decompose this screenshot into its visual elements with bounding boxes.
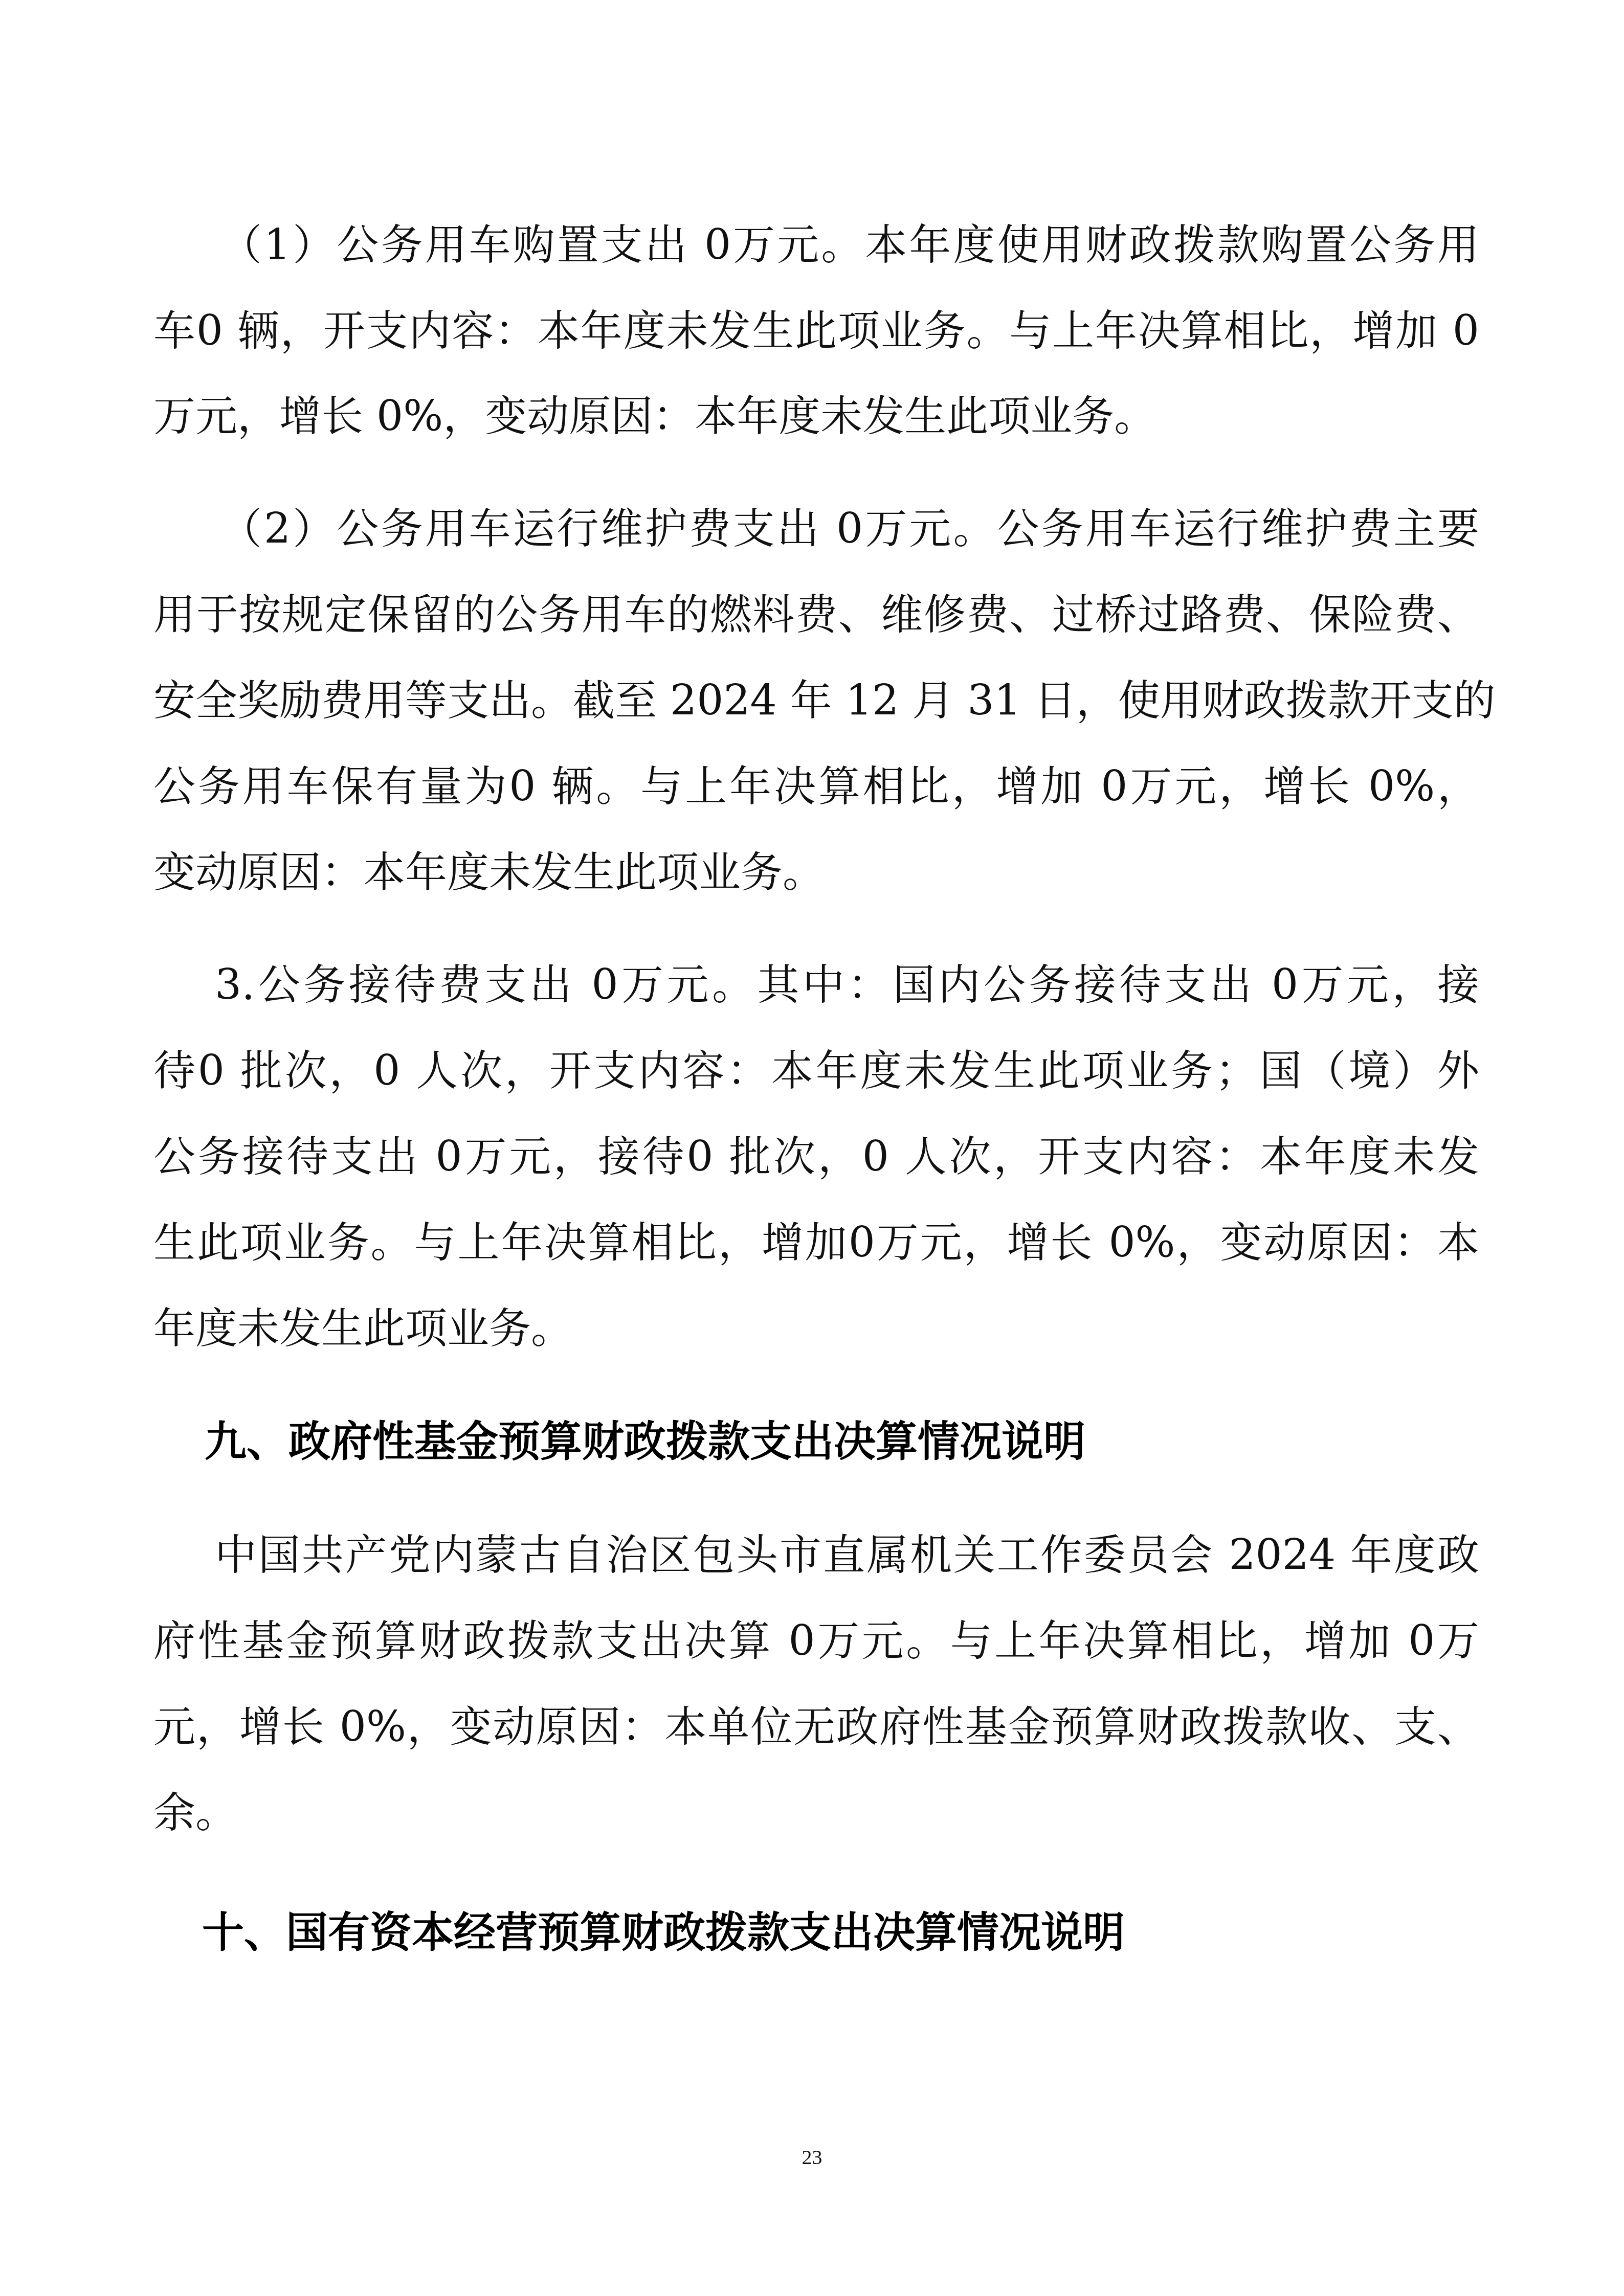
paragraph-1-line-3: 万元，增长 0%，变动原因：本年度未发生此项业务。 bbox=[153, 391, 1479, 442]
paragraph-2-line-4: 公务用车保有量为0 辆。与上年决算相比，增加 0万元，增长 0%， bbox=[153, 761, 1479, 813]
paragraph-2-line-1: （2）公务用车运行维护费支出 0万元。公务用车运行维护费主要 bbox=[220, 504, 1479, 555]
paragraph-3-line-5: 年度未发生此项业务。 bbox=[153, 1303, 1479, 1355]
paragraph-2-line-2: 用于按规定保留的公务用车的燃料费、维修费、过桥过路费、保险费、 bbox=[153, 590, 1479, 641]
paragraph-3-line-2: 待0 批次，0 人次，开支内容：本年度未发生此项业务；国（境）外 bbox=[153, 1046, 1479, 1097]
section-9-line-4: 余。 bbox=[153, 1788, 1479, 1839]
section-9-line-1: 中国共产党内蒙古自治区包头市直属机关工作委员会 2024 年度政 bbox=[215, 1530, 1479, 1581]
paragraph-3-line-3: 公务接待支出 0万元，接待0 批次，0 人次，开支内容：本年度未发 bbox=[153, 1132, 1479, 1183]
section-9-line-2: 府性基金预算财政拨款支出决算 0万元。与上年决算相比，增加 0万 bbox=[153, 1616, 1479, 1667]
paragraph-2-line-3: 安全奖励费用等支出。截至 2024 年 12 月 31 日，使用财政拨款开支的 bbox=[153, 676, 1479, 727]
paragraph-2-line-5: 变动原因：本年度未发生此项业务。 bbox=[153, 847, 1479, 898]
document-page: （1）公务用车购置支出 0万元。本年度使用财政拨款购置公务用 车0 辆，开支内容… bbox=[0, 0, 1624, 2296]
paragraph-3-line-1: 3.公务接待费支出 0万元。其中：国内公务接待支出 0万元，接 bbox=[215, 960, 1479, 1011]
section-10-heading: 十、国有资本经营预算财政拨款支出决算情况说明 bbox=[202, 1907, 1125, 1959]
section-9-heading: 九、政府性基金预算财政拨款支出决算情况说明 bbox=[205, 1416, 1085, 1468]
section-9-line-3: 元，增长 0%，变动原因：本单位无政府性基金预算财政拨款收、支、 bbox=[153, 1702, 1479, 1753]
paragraph-1-line-1: （1）公务用车购置支出 0万元。本年度使用财政拨款购置公务用 bbox=[220, 220, 1479, 271]
page-number: 23 bbox=[0, 2145, 1624, 2169]
paragraph-1-line-2: 车0 辆，开支内容：本年度未发生此项业务。与上年决算相比，增加 0 bbox=[153, 306, 1479, 357]
paragraph-3-line-4: 生此项业务。与上年决算相比，增加0万元，增长 0%，变动原因：本 bbox=[153, 1218, 1479, 1269]
